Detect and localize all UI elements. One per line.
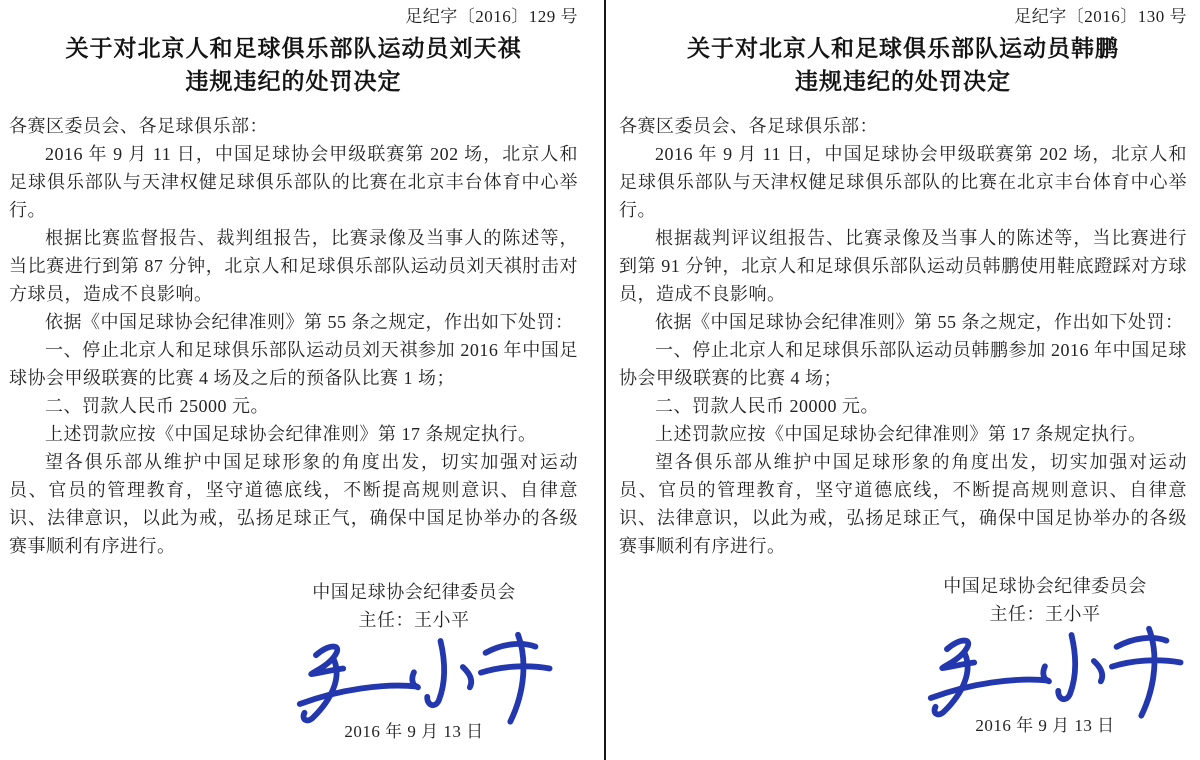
paragraph: 依据《中国足球协会纪律准则》第 55 条之规定，作出如下处罚：	[9, 308, 578, 336]
paragraph: 望各俱乐部从维护中国足球形象的角度出发，切实加强对运动员、官员的管理教育，坚守道…	[9, 448, 578, 560]
signature-org: 中国足球协会纪律委员会	[909, 572, 1181, 600]
handwritten-signature	[919, 624, 1191, 724]
signature-org: 中国足球协会纪律委员会	[278, 578, 550, 606]
salutation: 各赛区委员会、各足球俱乐部：	[619, 112, 1187, 140]
paragraph: 望各俱乐部从维护中国足球形象的角度出发，切实加强对运动员、官员的管理教育，坚守道…	[619, 448, 1187, 560]
doc-title-line1: 关于对北京人和足球俱乐部队运动员韩鹏	[619, 32, 1187, 65]
paragraph: 2016 年 9 月 11 日，中国足球协会甲级联赛第 202 场，北京人和足球…	[9, 140, 578, 224]
paragraph: 根据裁判评议组报告、比赛录像及当事人的陈述等，当比赛进行到第 91 分钟，北京人…	[619, 224, 1187, 308]
paragraph: 2016 年 9 月 11 日，中国足球协会甲级联赛第 202 场，北京人和足球…	[619, 140, 1187, 224]
doc-body: 各赛区委员会、各足球俱乐部： 2016 年 9 月 11 日，中国足球协会甲级联…	[9, 112, 578, 560]
handwritten-signature	[288, 630, 560, 730]
doc-title-line1: 关于对北京人和足球俱乐部队运动员刘天祺	[9, 32, 578, 65]
paragraph: 根据比赛监督报告、裁判组报告，比赛录像及当事人的陈述等，当比赛进行到第 87 分…	[9, 224, 578, 308]
doc-number: 足纪字〔2016〕130 号	[619, 6, 1187, 28]
scanned-documents-sheet: 足纪字〔2016〕129 号 关于对北京人和足球俱乐部队运动员刘天祺 违规违纪的…	[0, 0, 1200, 760]
salutation: 各赛区委员会、各足球俱乐部：	[9, 112, 578, 140]
doc-title-line2: 违规违纪的处罚决定	[9, 65, 578, 98]
paragraph: 依据《中国足球协会纪律准则》第 55 条之规定，作出如下处罚：	[619, 308, 1187, 336]
paragraph: 一、停止北京人和足球俱乐部队运动员韩鹏参加 2016 年中国足球协会甲级联赛的比…	[619, 336, 1187, 392]
paragraph: 二、罚款人民币 25000 元。	[9, 392, 578, 420]
doc-title: 关于对北京人和足球俱乐部队运动员刘天祺 违规违纪的处罚决定	[9, 32, 578, 98]
doc-title: 关于对北京人和足球俱乐部队运动员韩鹏 违规违纪的处罚决定	[619, 32, 1187, 98]
paragraph: 一、停止北京人和足球俱乐部队运动员刘天祺参加 2016 年中国足球协会甲级联赛的…	[9, 336, 578, 392]
paragraph: 二、罚款人民币 20000 元。	[619, 392, 1187, 420]
document-right: 足纪字〔2016〕130 号 关于对北京人和足球俱乐部队运动员韩鹏 违规违纪的处…	[606, 0, 1200, 760]
doc-body: 各赛区委员会、各足球俱乐部： 2016 年 9 月 11 日，中国足球协会甲级联…	[619, 112, 1187, 560]
document-left: 足纪字〔2016〕129 号 关于对北京人和足球俱乐部队运动员刘天祺 违规违纪的…	[0, 0, 604, 760]
signature-block: 中国足球协会纪律委员会 主任：王小平 2016 年 9 月 13 日	[278, 578, 550, 746]
doc-number: 足纪字〔2016〕129 号	[9, 6, 578, 28]
paragraph: 上述罚款应按《中国足球协会纪律准则》第 17 条规定执行。	[619, 420, 1187, 448]
doc-title-line2: 违规违纪的处罚决定	[619, 65, 1187, 98]
signature-block: 中国足球协会纪律委员会 主任：王小平 2016 年 9 月 13 日	[909, 572, 1181, 740]
paragraph: 上述罚款应按《中国足球协会纪律准则》第 17 条规定执行。	[9, 420, 578, 448]
